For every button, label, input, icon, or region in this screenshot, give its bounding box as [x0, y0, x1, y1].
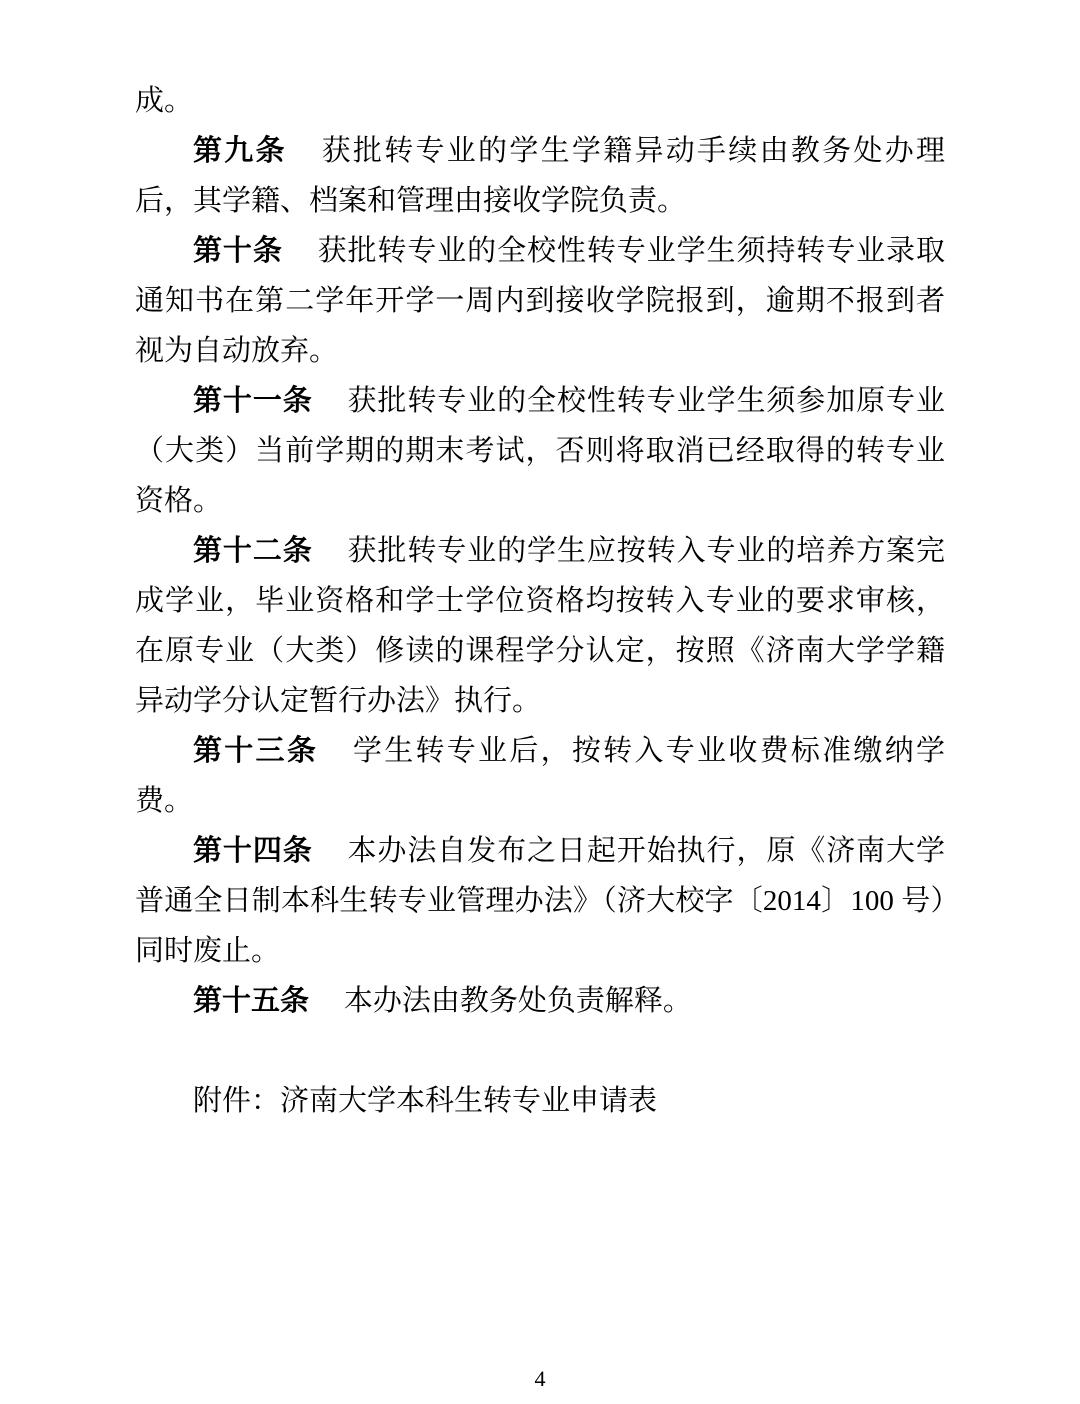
article-number: 第十五条 [193, 985, 309, 1017]
document-page: 成。 第九条获批转专业的学生学籍异动手续由教务处办理后，其学籍、档案和管理由接收… [0, 0, 1080, 1404]
paragraph: 第十条获批转专业的全校性转专业学生须持转专业录取通知书在第二学年开学一周内到接收… [135, 226, 945, 376]
paragraph: 成。 [135, 76, 945, 126]
paragraph: 第十二条获批转专业的学生应按转入专业的培养方案完成学业，毕业资格和学士学位资格均… [135, 526, 945, 726]
paragraph-text: 成。 [135, 85, 193, 117]
paragraph-text: 附件：济南大学本科生转专业申请表 [193, 1085, 657, 1117]
paragraph: 第十一条获批转专业的全校性转专业学生须参加原专业（大类）当前学期的期末考试，否则… [135, 376, 945, 526]
article-number: 第十二条 [193, 535, 313, 567]
article-number: 第十三条 [193, 735, 318, 767]
article-number: 第十四条 [193, 835, 313, 867]
paragraph: 第十四条本办法自发布之日起开始执行，原《济南大学普通全日制本科生转专业管理办法》… [135, 826, 945, 976]
page-footer: 4 [0, 1366, 1080, 1392]
paragraph: 第十三条学生转专业后，按转入专业收费标准缴纳学费。 [135, 726, 945, 826]
document-body: 成。 第九条获批转专业的学生学籍异动手续由教务处办理后，其学籍、档案和管理由接收… [135, 76, 945, 1126]
article-number: 第十一条 [193, 385, 313, 417]
paragraph: 第十五条本办法由教务处负责解释。 [135, 976, 945, 1026]
paragraph: 附件：济南大学本科生转专业申请表 [135, 1076, 945, 1126]
paragraph-text: 本办法由教务处负责解释。 [344, 985, 692, 1017]
paragraph: 第九条获批转专业的学生学籍异动手续由教务处办理后，其学籍、档案和管理由接收学院负… [135, 126, 945, 226]
article-number: 第十条 [193, 235, 283, 267]
page-number: 4 [535, 1366, 546, 1391]
article-number: 第九条 [193, 135, 287, 167]
